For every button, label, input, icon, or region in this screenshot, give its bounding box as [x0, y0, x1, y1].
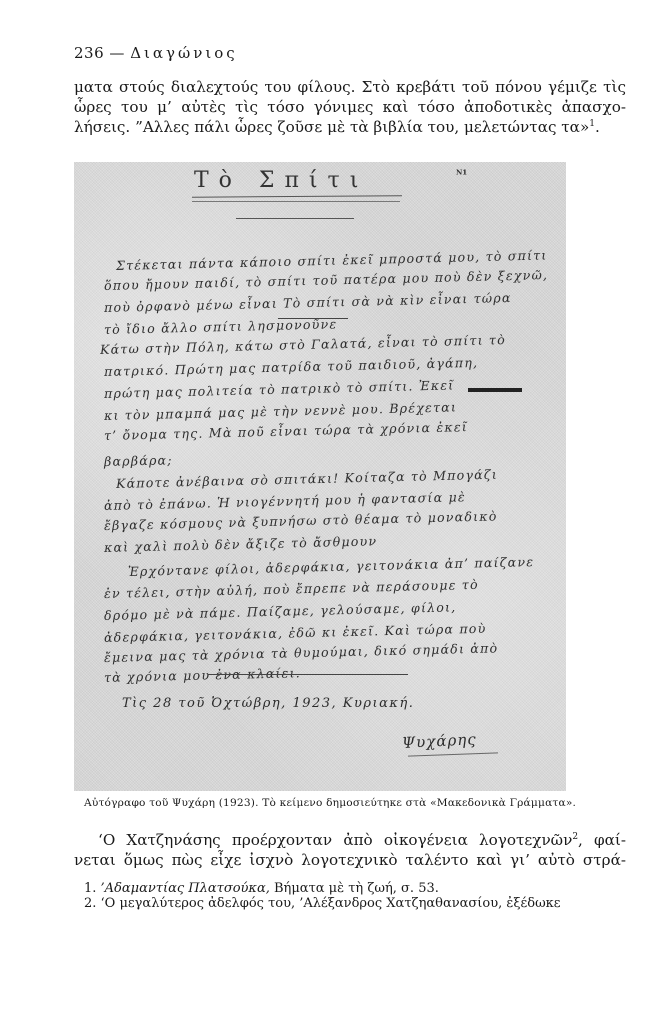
- manuscript-line: δρόμο μὲ νὰ πάμε. Παίζαμε, γελούσαμε, φί…: [104, 599, 457, 623]
- footnote-number: 2.: [84, 896, 96, 911]
- manuscript-line: ἔμεινα μας τὰ χρόνια τὰ θυμούμαι, δικό σ…: [104, 640, 499, 665]
- paragraph-line: νεται ὅμως πὼς εἶχε ἰσχνὸ λογοτεχνικὸ τα…: [74, 850, 626, 870]
- page-number: 236: [74, 44, 104, 62]
- manuscript-line: τ’ ὄνομα της. Μὰ ποῦ εἶναι τώρα τὰ χρόνι…: [104, 419, 468, 443]
- paragraph-top: ματα στούς διαλεχτούς του φίλους. Στὸ κρ…: [74, 77, 626, 137]
- manuscript-line: τὸ ἴδιο ἄλλο σπίτι λησμονοῦνε: [104, 316, 338, 337]
- running-head: 236 — Διαγώνιος: [74, 44, 238, 62]
- manuscript-title: Τὸ Σπίτι: [194, 168, 368, 193]
- manuscript-signature: Ψυχάρης: [402, 730, 478, 752]
- manuscript-line: ἐν τέλει, στὴν αὐλή, ποὺ ἔπρεπε νὰ περάσ…: [104, 577, 479, 601]
- title-underline: [192, 201, 400, 202]
- signature-underline: [408, 752, 498, 756]
- strikethrough-mark: [468, 388, 522, 392]
- manuscript-line: τὰ χρόνια μου ἐνα κλαίει.: [104, 665, 301, 685]
- paragraph-line: ‘Ο Χατζηνάσης προέρχονταν ἀπὸ οἰκογένεια…: [74, 830, 626, 850]
- footnotes: 1. ’Αδαμαντίας Πλατσούκα, Βήματα μὲ τὴ ζ…: [84, 881, 561, 911]
- paragraph-bottom: ‘Ο Χατζηνάσης προέρχονταν ἀπὸ οἰκογένεια…: [74, 830, 626, 870]
- manuscript-line: ἀπὸ τὸ ἐπάνω. Ἡ νιογέννητή μου ἡ φαντασί…: [104, 489, 466, 513]
- corner-mark: ᴺ¹: [456, 168, 467, 181]
- manuscript-line: πατρικό. Πρώτη μας πατρίδα τοῦ παιδιοῦ, …: [104, 355, 479, 379]
- manuscript-line: κι τὸν μπαμπά μας μὲ τὴν νεννὲ μου. Βρέχ…: [104, 399, 457, 423]
- running-head-dash: —: [109, 44, 125, 62]
- footnote-1: 1. ’Αδαμαντίας Πλατσούκα, Βήματα μὲ τὴ ζ…: [84, 881, 561, 896]
- footnote-author: ’Αδαμαντίας Πλατσούκα,: [101, 881, 270, 896]
- paragraph-line: ὧρες του μ’ αὐτὲς τὶς τόσο γόνιμες καὶ τ…: [74, 97, 626, 117]
- manuscript-image: Τὸ Σπίτι ᴺ¹ Στέκεται πάντα κάποιο σπίτι …: [74, 162, 566, 791]
- paragraph-line: λήσεις. ”Αλλες πάλι ὧρες ζοῦσε μὲ τὰ βιβ…: [74, 117, 626, 137]
- footnote-text: ‘Ο μεγαλύτερος ἀδελφός του, ’Αλέξανδρος …: [96, 896, 560, 911]
- manuscript-line: ἔβγαζε κόσμους νὰ ξυπνήσω στὸ θέαμα τὸ μ…: [104, 508, 498, 533]
- title-underline: [192, 195, 402, 197]
- manuscript-line: Ἐρχόντανε φίλοι, ἀδερφάκια, γειτονάκια ἀ…: [128, 554, 535, 579]
- footnote-2: 2. ‘Ο μεγαλύτερος ἀδελφός του, ’Αλέξανδρ…: [84, 896, 561, 911]
- manuscript-line: Κάποτε ἀνέβαινα σὸ σπιτάκι! Κοίταζα τὸ Μ…: [116, 467, 498, 491]
- footnote-number: 1.: [84, 881, 96, 896]
- figure-caption: Αὐτόγραφο τοῦ Ψυχάρη (1923). Τὸ κείμενο …: [84, 797, 576, 809]
- manuscript-line: καὶ χαλὶ πολὺ δὲν ἄξιζε τὸ ἄσθμουν: [104, 533, 378, 555]
- paragraph-line: ματα στούς διαλεχτούς του φίλους. Στὸ κρ…: [74, 77, 626, 97]
- manuscript-line: ποὺ ὀρφανὸ μένω εἶναι Τὸ σπίτι σὰ νὰ κὶν…: [104, 290, 512, 315]
- manuscript-line: Κάτω στὴν Πόλη, κάτω στὸ Γαλατά, εἶναι τ…: [100, 332, 506, 357]
- running-head-title: Διαγώνιος: [130, 44, 237, 62]
- decorative-rule: [236, 218, 354, 219]
- manuscript-date: Τὶς 28 τοῦ Ὀχτώβρη, 1923, Κυριακή.: [122, 696, 414, 711]
- manuscript-line: βαρβάρα;: [104, 452, 173, 469]
- manuscript-line: πρώτη μας πολιτεία τὸ πατρικὸ τὸ σπίτι. …: [104, 377, 455, 401]
- footnote-text: Βήματα μὲ τὴ ζωή, σ. 53.: [270, 881, 439, 896]
- date-separator-rule: [208, 674, 408, 675]
